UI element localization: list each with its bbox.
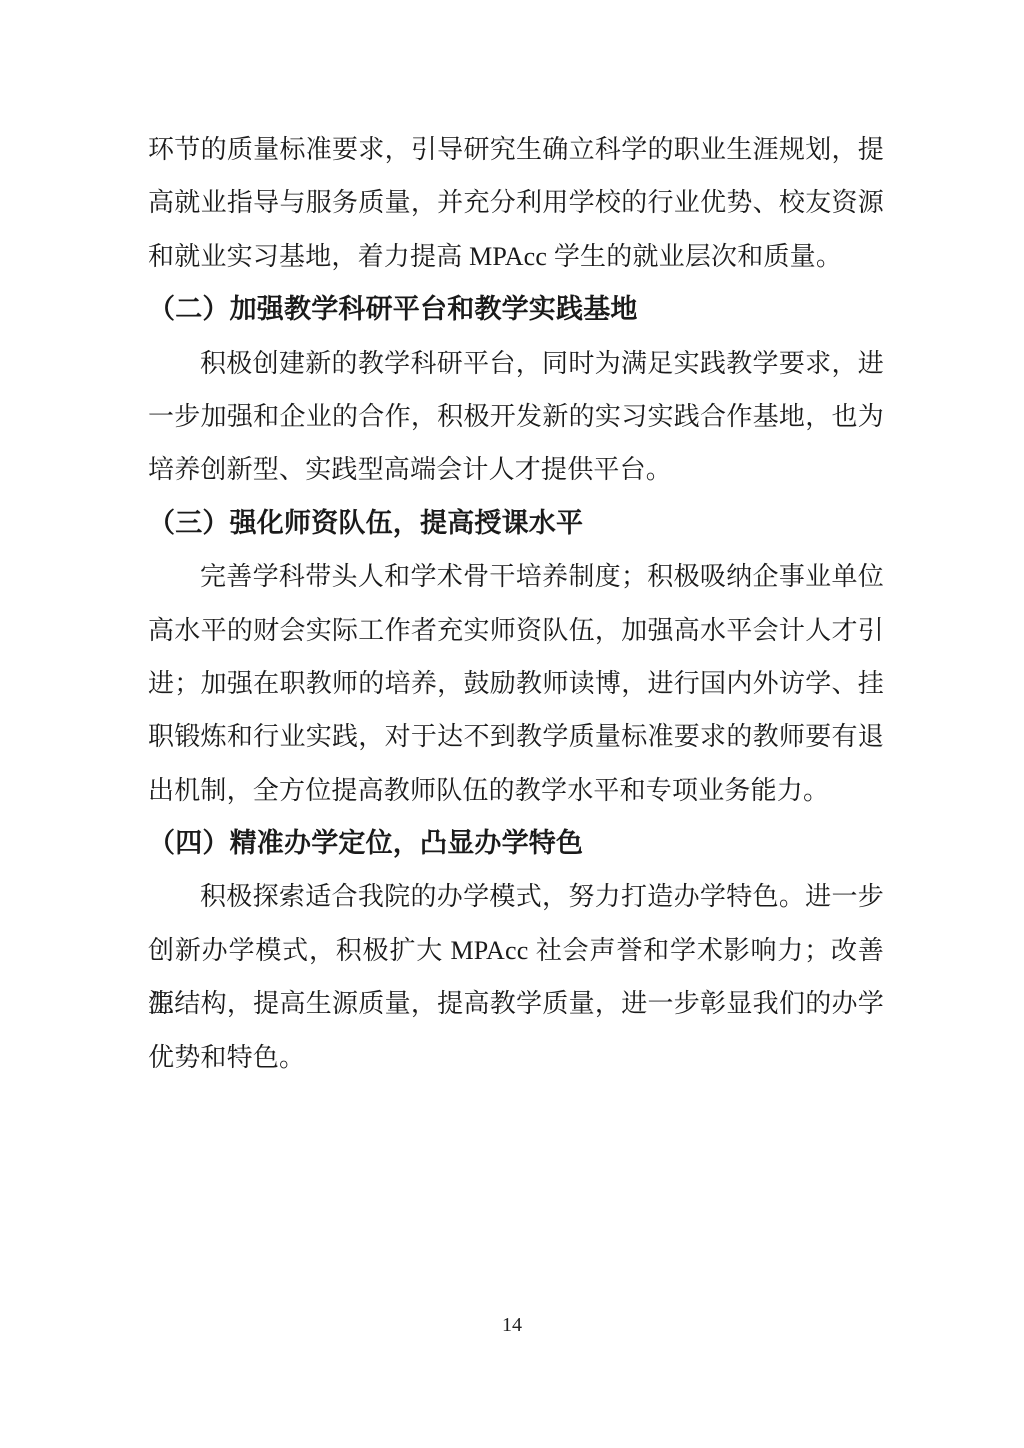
page-number: 14 — [502, 1314, 522, 1336]
text-line: 积极探索适合我院的办学模式，努力打造办学特色。进一步 — [148, 870, 884, 923]
document-page: 环节的质量标准要求，引导研究生确立科学的职业生涯规划，提高就业指导与服务质量，并… — [0, 0, 1024, 1448]
page-footer: 14 — [0, 1312, 1024, 1338]
text-line: 积极创建新的教学科研平台，同时为满足实践教学要求，进 — [148, 337, 884, 390]
text-line: 培养创新型、实践型高端会计人才提供平台。 — [148, 443, 884, 496]
text-line: 进；加强在职教师的培养，鼓励教师读博，进行国内外访学、挂 — [148, 657, 884, 710]
document-body: 环节的质量标准要求，引导研究生确立科学的职业生涯规划，提高就业指导与服务质量，并… — [148, 123, 884, 1084]
text-line: 高水平的财会实际工作者充实师资队伍，加强高水平会计人才引 — [148, 604, 884, 657]
text-line: 优势和特色。 — [148, 1031, 884, 1084]
text-line: 高就业指导与服务质量，并充分利用学校的行业优势、校友资源 — [148, 176, 884, 229]
text-line: 环节的质量标准要求，引导研究生确立科学的职业生涯规划，提 — [148, 123, 884, 176]
text-line: 源结构，提高生源质量，提高教学质量，进一步彰显我们的办学 — [148, 977, 884, 1030]
text-line: 一步加强和企业的合作，积极开发新的实习实践合作基地，也为 — [148, 390, 884, 443]
text-line: 完善学科带头人和学术骨干培养制度；积极吸纳企事业单位 — [148, 550, 884, 603]
section-heading: （三）强化师资队伍，提高授课水平 — [148, 497, 884, 550]
text-line: 出机制，全方位提高教师队伍的教学水平和专项业务能力。 — [148, 764, 884, 817]
section-heading: （四）精准办学定位，凸显办学特色 — [148, 817, 884, 870]
text-line: 创新办学模式，积极扩大 MPAcc 社会声誉和学术影响力；改善生 — [148, 924, 884, 977]
text-line: 职锻炼和行业实践，对于达不到教学质量标准要求的教师要有退 — [148, 710, 884, 763]
text-line: 和就业实习基地，着力提高 MPAcc 学生的就业层次和质量。 — [148, 230, 884, 283]
section-heading: （二）加强教学科研平台和教学实践基地 — [148, 283, 884, 336]
